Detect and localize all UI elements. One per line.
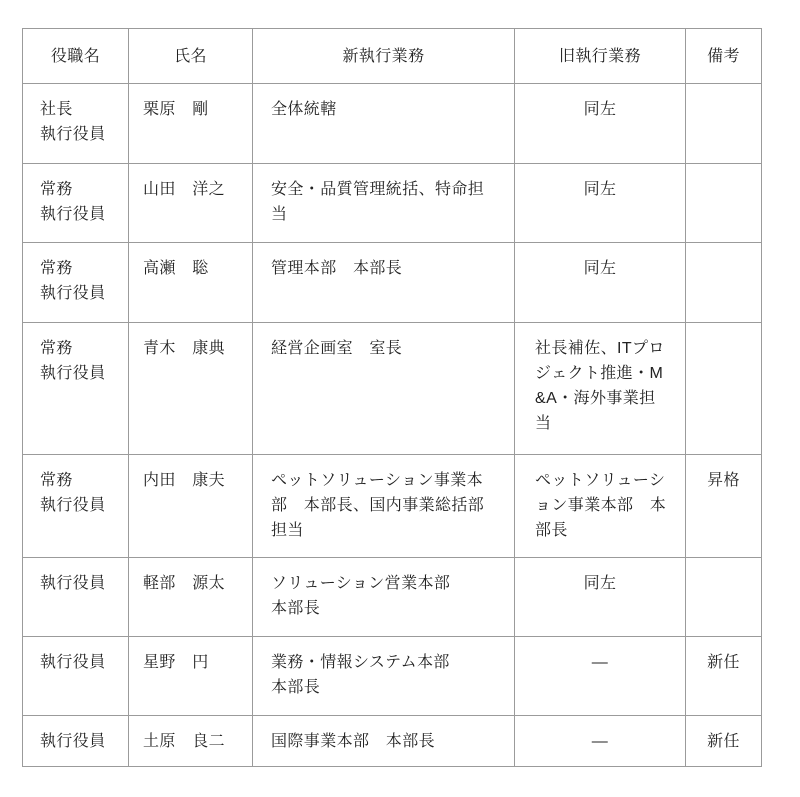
cell-new-duty: 管理本部 本部長 (253, 243, 515, 323)
cell-position: 常務 執行役員 (23, 164, 129, 243)
cell-position: 執行役員 (23, 716, 129, 767)
cell-new-duty: ペットソリューション事業本 部 本部長、国内事業総括部 担当 (253, 455, 515, 558)
cell-remarks (686, 323, 762, 455)
cell-remarks (686, 84, 762, 164)
cell-name: 高瀬 聡 (129, 243, 253, 323)
cell-name: 内田 康夫 (129, 455, 253, 558)
cell-position: 常務 執行役員 (23, 455, 129, 558)
header-row: 役職名 氏名 新執行業務 旧執行業務 備考 (23, 29, 762, 84)
cell-remarks: 新任 (686, 637, 762, 716)
header-new-duty: 新執行業務 (253, 29, 515, 84)
cell-name: 栗原 剛 (129, 84, 253, 164)
header-remarks: 備考 (686, 29, 762, 84)
cell-old-duty: ペットソリューシ ョン事業本部 本 部長 (515, 455, 686, 558)
cell-position: 常務 執行役員 (23, 243, 129, 323)
cell-remarks (686, 243, 762, 323)
cell-new-duty: 安全・品質管理統括、特命担 当 (253, 164, 515, 243)
cell-position: 社長 執行役員 (23, 84, 129, 164)
cell-old-duty: 社長補佐、ITプロ ジェクト推進・M &A・海外事業担 当 (515, 323, 686, 455)
cell-position: 執行役員 (23, 558, 129, 637)
cell-name: 山田 洋之 (129, 164, 253, 243)
cell-old-duty: 同左 (515, 164, 686, 243)
table-row: 執行役員 軽部 源太 ソリューション営業本部 本部長 同左 (23, 558, 762, 637)
table-row: 執行役員 土原 良二 国際事業本部 本部長 ― 新任 (23, 716, 762, 767)
cell-new-duty: 国際事業本部 本部長 (253, 716, 515, 767)
cell-old-duty: 同左 (515, 558, 686, 637)
table-row: 常務 執行役員 山田 洋之 安全・品質管理統括、特命担 当 同左 (23, 164, 762, 243)
page: 役職名 氏名 新執行業務 旧執行業務 備考 社長 執行役員 栗原 剛 全体統轄 … (0, 0, 800, 797)
cell-name: 土原 良二 (129, 716, 253, 767)
cell-new-duty: 業務・情報システム本部 本部長 (253, 637, 515, 716)
cell-name: 軽部 源太 (129, 558, 253, 637)
header-old-duty: 旧執行業務 (515, 29, 686, 84)
table-row: 常務 執行役員 青木 康典 経営企画室 室長 社長補佐、ITプロ ジェクト推進・… (23, 323, 762, 455)
cell-remarks: 新任 (686, 716, 762, 767)
table-row: 執行役員 星野 円 業務・情報システム本部 本部長 ― 新任 (23, 637, 762, 716)
cell-old-duty: ― (515, 716, 686, 767)
cell-position: 常務 執行役員 (23, 323, 129, 455)
cell-remarks: 昇格 (686, 455, 762, 558)
cell-new-duty: ソリューション営業本部 本部長 (253, 558, 515, 637)
header-name: 氏名 (129, 29, 253, 84)
cell-old-duty: ― (515, 637, 686, 716)
cell-new-duty: 経営企画室 室長 (253, 323, 515, 455)
header-position: 役職名 (23, 29, 129, 84)
cell-name: 青木 康典 (129, 323, 253, 455)
cell-remarks (686, 164, 762, 243)
executive-assignments-table: 役職名 氏名 新執行業務 旧執行業務 備考 社長 執行役員 栗原 剛 全体統轄 … (22, 28, 762, 767)
cell-remarks (686, 558, 762, 637)
table-row: 常務 執行役員 高瀬 聡 管理本部 本部長 同左 (23, 243, 762, 323)
cell-old-duty: 同左 (515, 84, 686, 164)
table-row: 社長 執行役員 栗原 剛 全体統轄 同左 (23, 84, 762, 164)
cell-position: 執行役員 (23, 637, 129, 716)
table-row: 常務 執行役員 内田 康夫 ペットソリューション事業本 部 本部長、国内事業総括… (23, 455, 762, 558)
cell-old-duty: 同左 (515, 243, 686, 323)
cell-name: 星野 円 (129, 637, 253, 716)
cell-new-duty: 全体統轄 (253, 84, 515, 164)
